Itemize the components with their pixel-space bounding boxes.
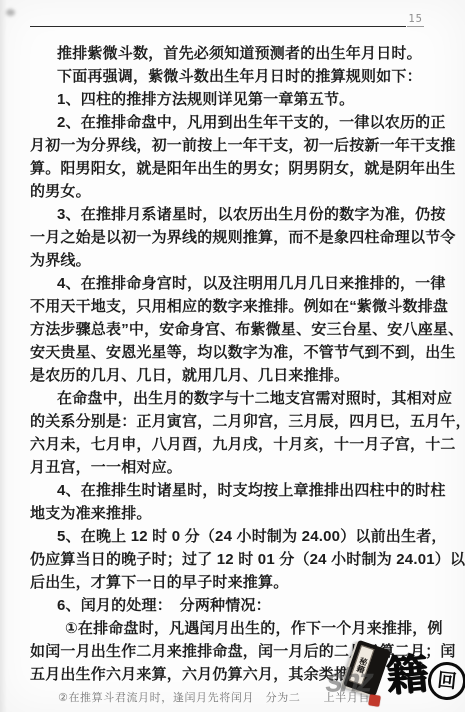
text-line: 一月之始是以初一为界线的规则推算，而不是象四柱命理以节令 <box>30 226 442 249</box>
scan-smudge <box>6 9 15 16</box>
text-line: 在命盘中，出生月的数字与十二地支宫需对照时，其相对应 <box>30 387 442 410</box>
text-line: 五月出生作六月来算，六月仍算六月，其余类推。 <box>30 663 442 686</box>
text-line: 月初一为分界线，初一前按上一年干支，初一后按新一年干支推 <box>30 134 442 157</box>
header-rule <box>30 26 406 27</box>
text-line: 方法步骤总表”中，安命身宫、布紫微星、安三台星、安八座星、 <box>30 318 442 341</box>
text-line: 算。阳男阳女，就是阳年出生的男女；阴男阴女，就是阴年出生 <box>30 157 442 180</box>
text-line: 不用天干地支，只用相应的数字来推排。例如在“紫微斗数排盘 <box>30 295 442 318</box>
book-page: 15 推排紫微斗数，首先必须知道预测者的出生年月日时。下面再强调，紫微斗数出生年… <box>0 0 465 712</box>
text-line: 4、在推排生时诸星时，时支均按上章推排出四柱中的时柱 <box>30 479 442 502</box>
text-line: 月丑宫，一一相对应。 <box>30 456 442 479</box>
text-line: 地支为准来推排。 <box>30 502 442 525</box>
text-line: ①在排命盘时，凡遇闰月出生的，作下一个月来推排，例 <box>30 617 442 640</box>
text-line: 为界线。 <box>30 249 442 272</box>
text-lines: 推排紫微斗数，首先必须知道预测者的出生年月日时。下面再强调，紫微斗数出生年月日时… <box>30 42 442 708</box>
text-line: 3、在推排月系诸星时，以农历出生月份的数字为准，仍按 <box>30 203 442 226</box>
text-line: 4、在推排命身宫时，以及注明用几月几日来推排的，一律 <box>30 272 442 295</box>
text-line: 2、在推排命盘中，凡用到出生年干支的，一律以农历的正 <box>30 111 442 134</box>
text-line: 仍应算当日的晚子时；过了 12 时 01 分（24 小时制为 24.01）以 <box>30 548 442 571</box>
text-line: 如闰一月出生作二月来推排命盘，闰一月后的二月仍算二月；闰 <box>30 640 442 663</box>
text-line: 安天贵星、安恩光星等，均以数字为准，不管节气到不到，出生 <box>30 341 442 364</box>
text-line: 推排紫微斗数，首先必须知道预测者的出生年月日时。 <box>30 42 442 65</box>
page-number: 15 <box>407 13 424 27</box>
text-line: 后出生，才算下一日的早子时来推算。 <box>30 571 442 594</box>
text-line: 下面再强调，紫微斗数出生年月日时的推算规则如下： <box>30 65 442 88</box>
text-line: ②在推算斗君流月时，逢闰月先将闰月 分为二 上半月自 <box>30 688 442 708</box>
text-line: 5、在晚上 12 时 0 分（24 小时制为 24.00）以前出生者， <box>30 525 442 548</box>
text-line: 是农历的几月、几日，就用几月、几日来推排。 <box>30 364 442 387</box>
text-line: 的男女。 <box>30 180 442 203</box>
text-line: 6、闰月的处理： 分两种情况： <box>30 594 442 617</box>
text-line: 六月未，七月申，八月酉，九月戌，十月亥，十一月子宫，十二 <box>30 433 442 456</box>
text-line: 1、四柱的推排方法规则详见第一章第五节。 <box>30 88 442 111</box>
text-line: 的关系分别是：正月寅宫，二月卯宫，三月辰，四月巳，五月午， <box>30 410 442 433</box>
